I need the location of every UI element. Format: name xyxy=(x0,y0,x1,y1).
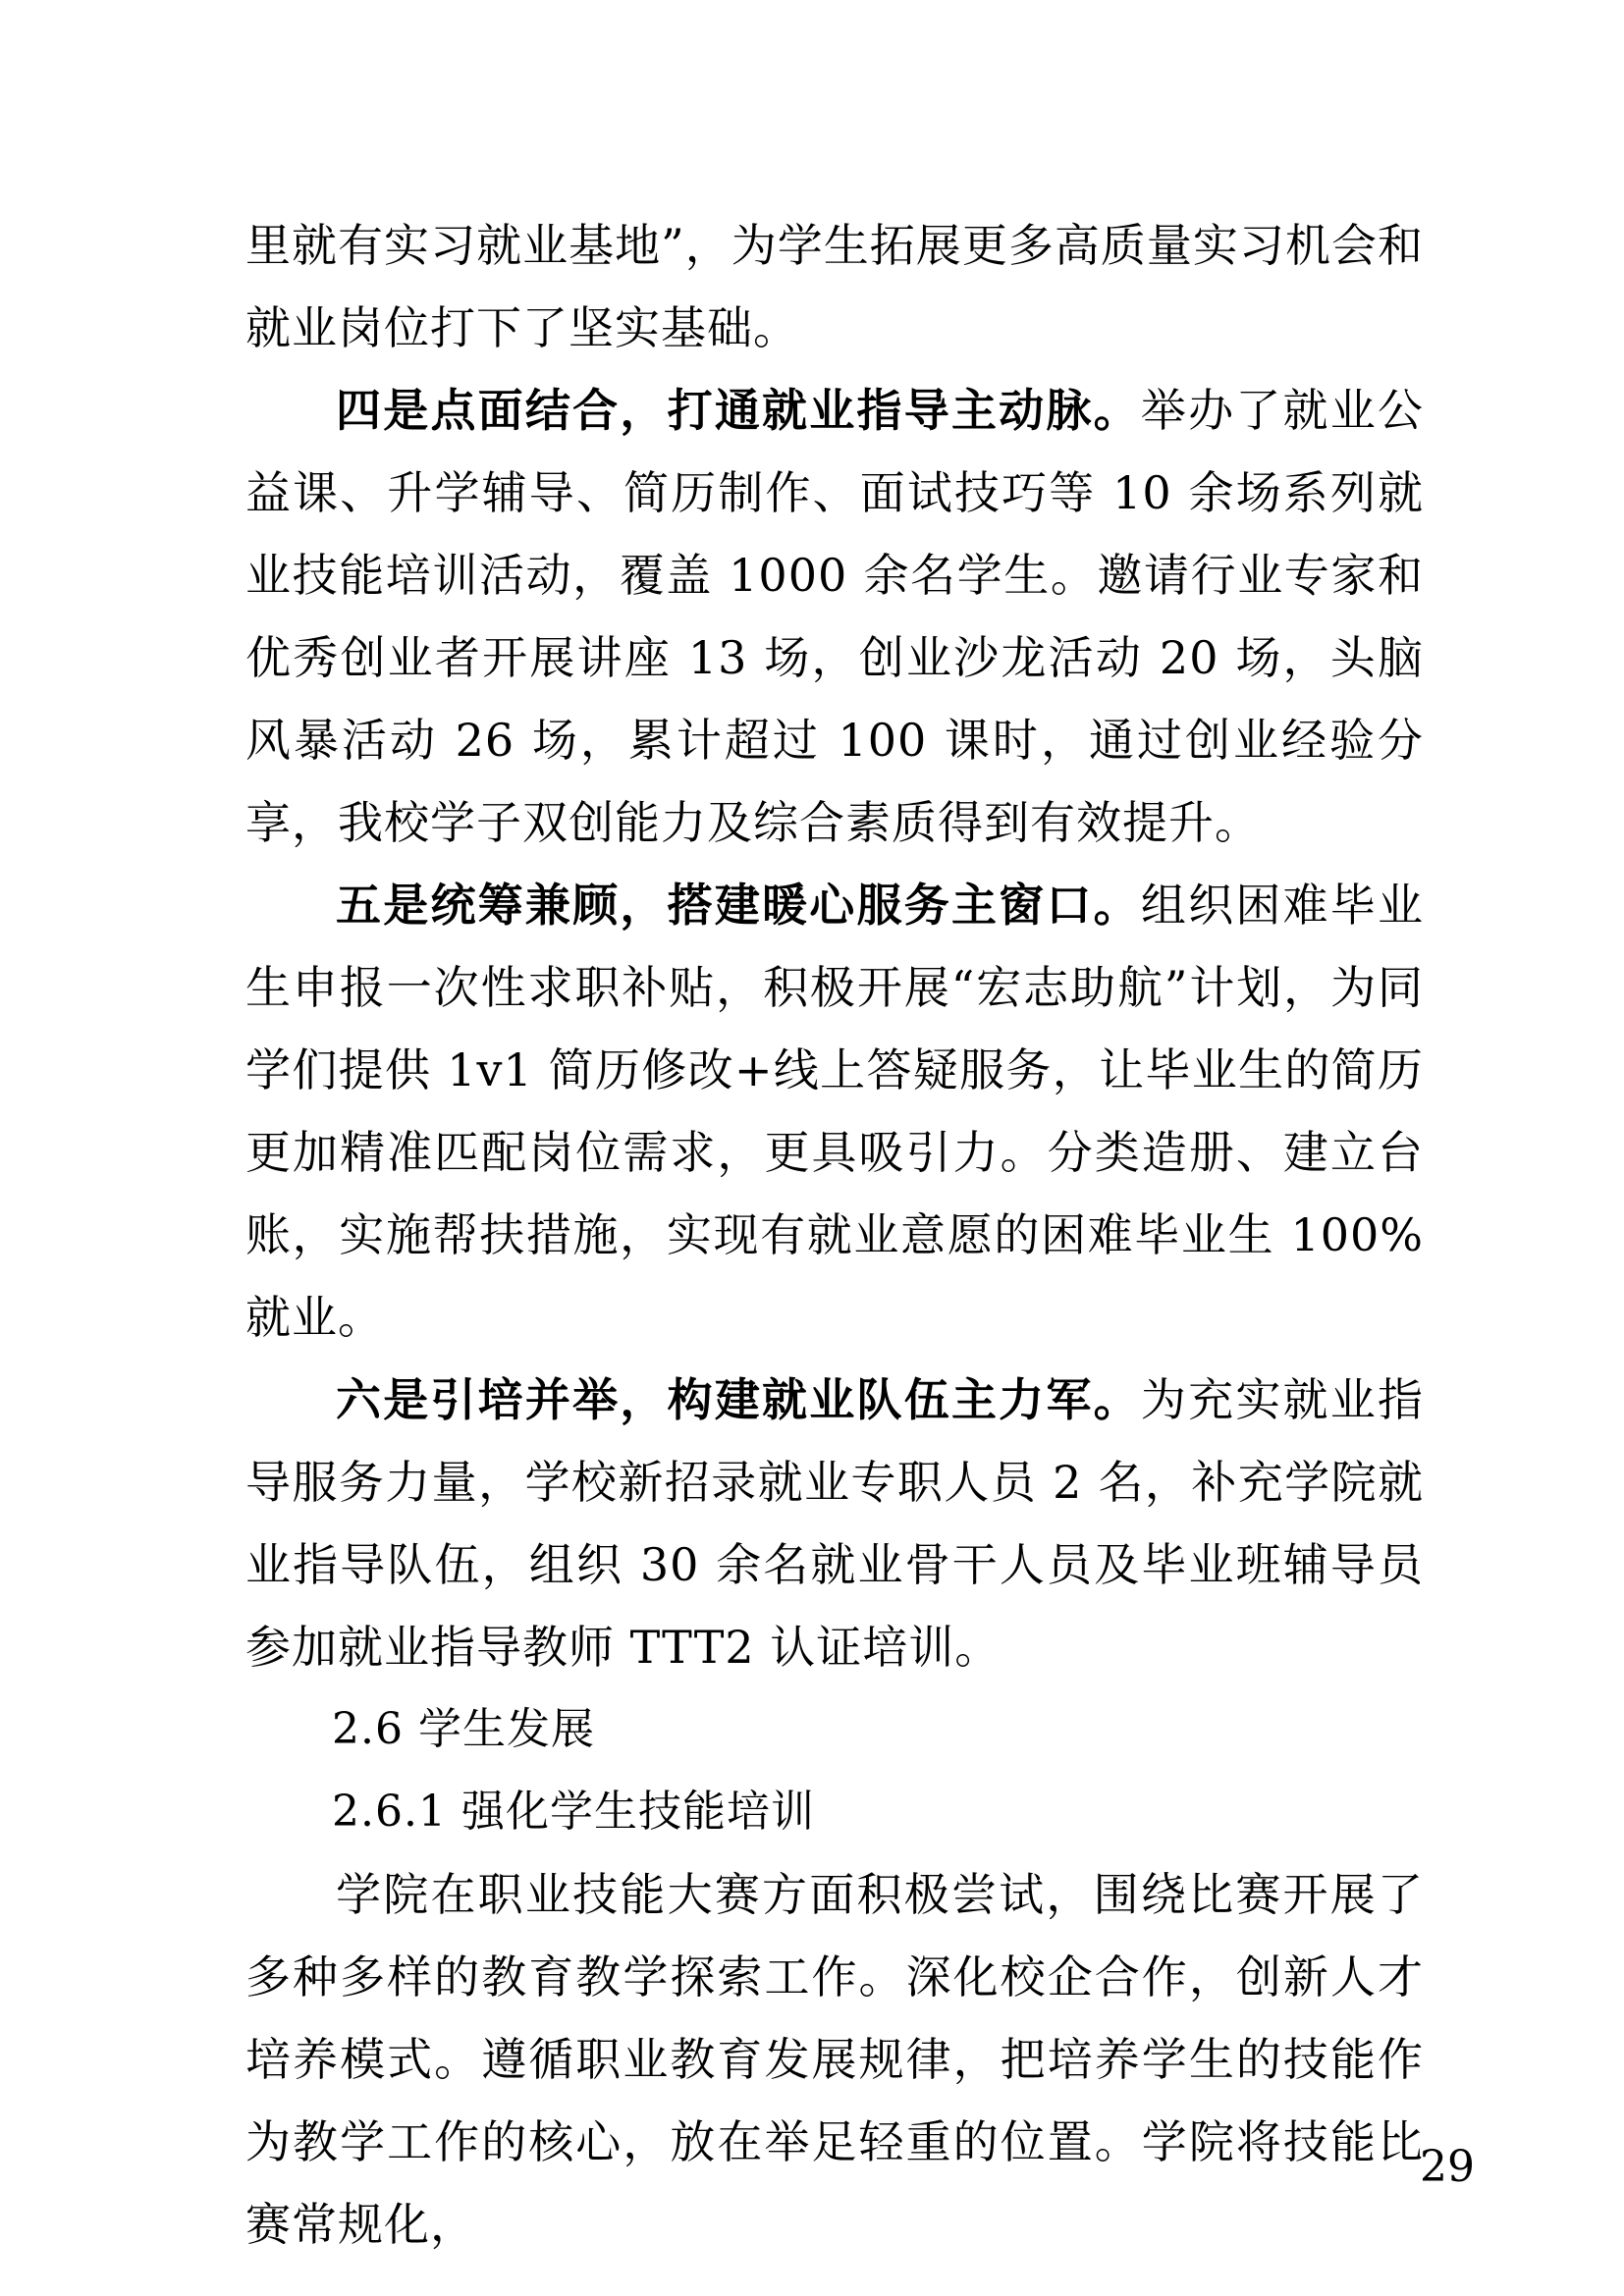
paragraph-six-lead: 六是引培并举，构建就业队伍主力军。 xyxy=(336,1373,1141,1426)
paragraph-four-lead: 四是点面结合，打通就业指导主动脉。 xyxy=(336,384,1141,437)
paragraph-continuation: 里就有实习就业基地”，为学生拓展更多高质量实习机会和就业岗位打下了坚实基础。 xyxy=(245,204,1424,369)
paragraph-five: 五是统筹兼顾，搭建暖心服务主窗口。组织困难毕业生申报一次性求职补贴，积极开展“宏… xyxy=(245,864,1424,1359)
paragraph-five-body: 组织困难毕业生申报一次性求职补贴，积极开展“宏志助航”计划，为同学们提供 1v1… xyxy=(245,879,1424,1344)
paragraph-six: 六是引培并举，构建就业队伍主力军。为充实就业指导服务力量，学校新招录就业专职人员… xyxy=(245,1359,1424,1688)
paragraph-four-body: 举办了就业公益课、升学辅导、简历制作、面试技巧等 10 余场系列就业技能培训活动… xyxy=(245,384,1424,849)
heading-2-6-1-skill-training: 2.6.1 强化学生技能培训 xyxy=(245,1771,1424,1853)
paragraph-five-lead: 五是统筹兼顾，搭建暖心服务主窗口。 xyxy=(336,879,1141,932)
paragraph-four: 四是点面结合，打通就业指导主动脉。举办了就业公益课、升学辅导、简历制作、面试技巧… xyxy=(245,369,1424,864)
paragraph-skills-competition: 学院在职业技能大赛方面积极尝试，围绕比赛开展了多种多样的教育教学探索工作。深化校… xyxy=(245,1853,1424,2266)
text-block: 里就有实习就业基地”，为学生拓展更多高质量实习机会和就业岗位打下了坚实基础。 四… xyxy=(245,204,1424,2266)
document-page: 里就有实习就业基地”，为学生拓展更多高质量实习机会和就业岗位打下了坚实基础。 四… xyxy=(0,0,1624,2296)
page-number: 29 xyxy=(1420,2138,1475,2197)
heading-2-6-student-development: 2.6 学生发展 xyxy=(245,1688,1424,1771)
